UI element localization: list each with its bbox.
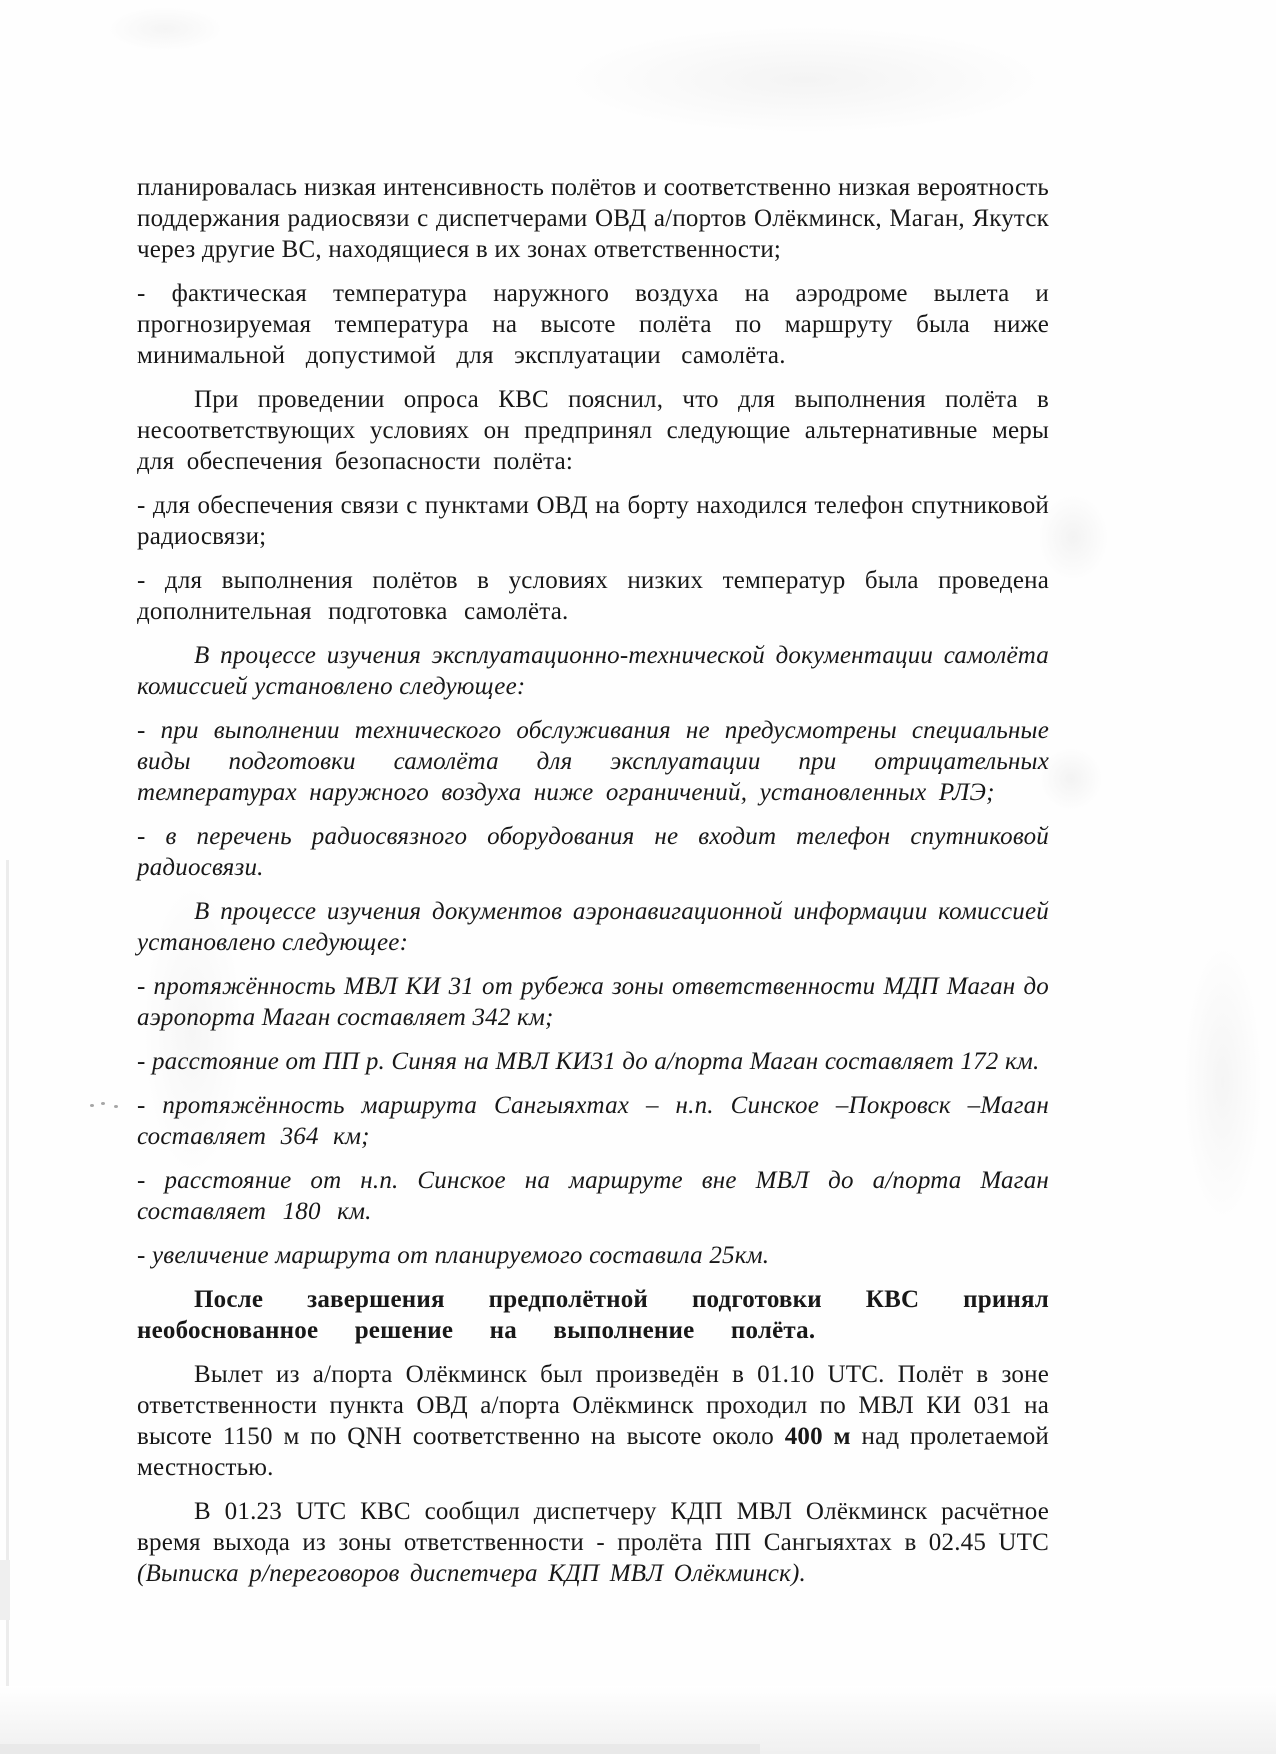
document-text-block: планировалась низкая интенсивность полёт… [137, 172, 1049, 1602]
bullet-route-increase-25km: - увеличение маршрута от планируемого со… [137, 1240, 1049, 1271]
bullet-no-satellite-phone-in-equipment-list: - в перечень радиосвязного оборудования … [137, 821, 1049, 883]
bullet-route-sangyyakhtakh-364km: - протяжённость маршрута Сангыяхтах – н.… [137, 1090, 1049, 1152]
paragraph-departure-details: Вылет из а/порта Олёкминск был произведё… [137, 1359, 1049, 1483]
scanned-document-page: планировалась низкая интенсивность полёт… [0, 0, 1276, 1754]
scan-smudge [1185, 950, 1260, 1215]
paragraph-intro-continuation: планировалась низкая интенсивность полёт… [137, 172, 1049, 265]
scan-smudge [110, 8, 220, 50]
radio-transcript-note: (Выписка р/переговоров диспетчера КДП МВ… [137, 1560, 806, 1587]
paragraph-unjustified-decision: После завершения предполётной подготовки… [137, 1284, 1049, 1346]
scan-edge-mark [0, 1560, 10, 1620]
bullet-low-temp-preparation: - для выполнения полётов в условиях низк… [137, 565, 1049, 627]
scan-dot [114, 1105, 118, 1108]
report-text: В 01.23 UTC КВС сообщил диспетчеру КДП М… [137, 1498, 1049, 1556]
paragraph-0123-utc-report: В 01.23 UTC КВС сообщил диспетчеру КДП М… [137, 1496, 1049, 1589]
altitude-400m-emphasis: 400 м [785, 1423, 851, 1450]
scan-dot [101, 1102, 105, 1105]
bullet-distance-sinskoye-180km: - расстояние от н.п. Синское на маршруте… [137, 1165, 1049, 1227]
bullet-satellite-phone-onboard: - для обеспечения связи с пунктами ОВД н… [137, 490, 1049, 552]
bullet-maintenance-no-special-prep: - при выполнении технического обслуживан… [137, 715, 1049, 808]
scan-edge-line [6, 860, 9, 1754]
paragraph-tech-docs-study: В процессе изучения эксплуатационно-техн… [137, 640, 1049, 702]
scan-dot [90, 1104, 94, 1107]
bullet-temperature-below-minimum: - фактическая температура наружного возд… [137, 278, 1049, 371]
scan-shadow-band [0, 1686, 1276, 1754]
scan-smudge [1040, 748, 1102, 810]
paragraph-aeronav-docs-study: В процессе изучения документов аэронавиг… [137, 896, 1049, 958]
scan-smudge [560, 25, 1050, 135]
bullet-mvl-ki31-length-342km: - протяжённость МВЛ КИ 31 от рубежа зоны… [137, 971, 1049, 1033]
paragraph-kvs-explanation: При проведении опроса КВС пояснил, что д… [137, 384, 1049, 477]
scan-shadow-streak [0, 1744, 760, 1754]
bullet-distance-pp-sinyaya-172km: - расстояние от ПП р. Синяя на МВЛ КИ31 … [137, 1046, 1049, 1077]
